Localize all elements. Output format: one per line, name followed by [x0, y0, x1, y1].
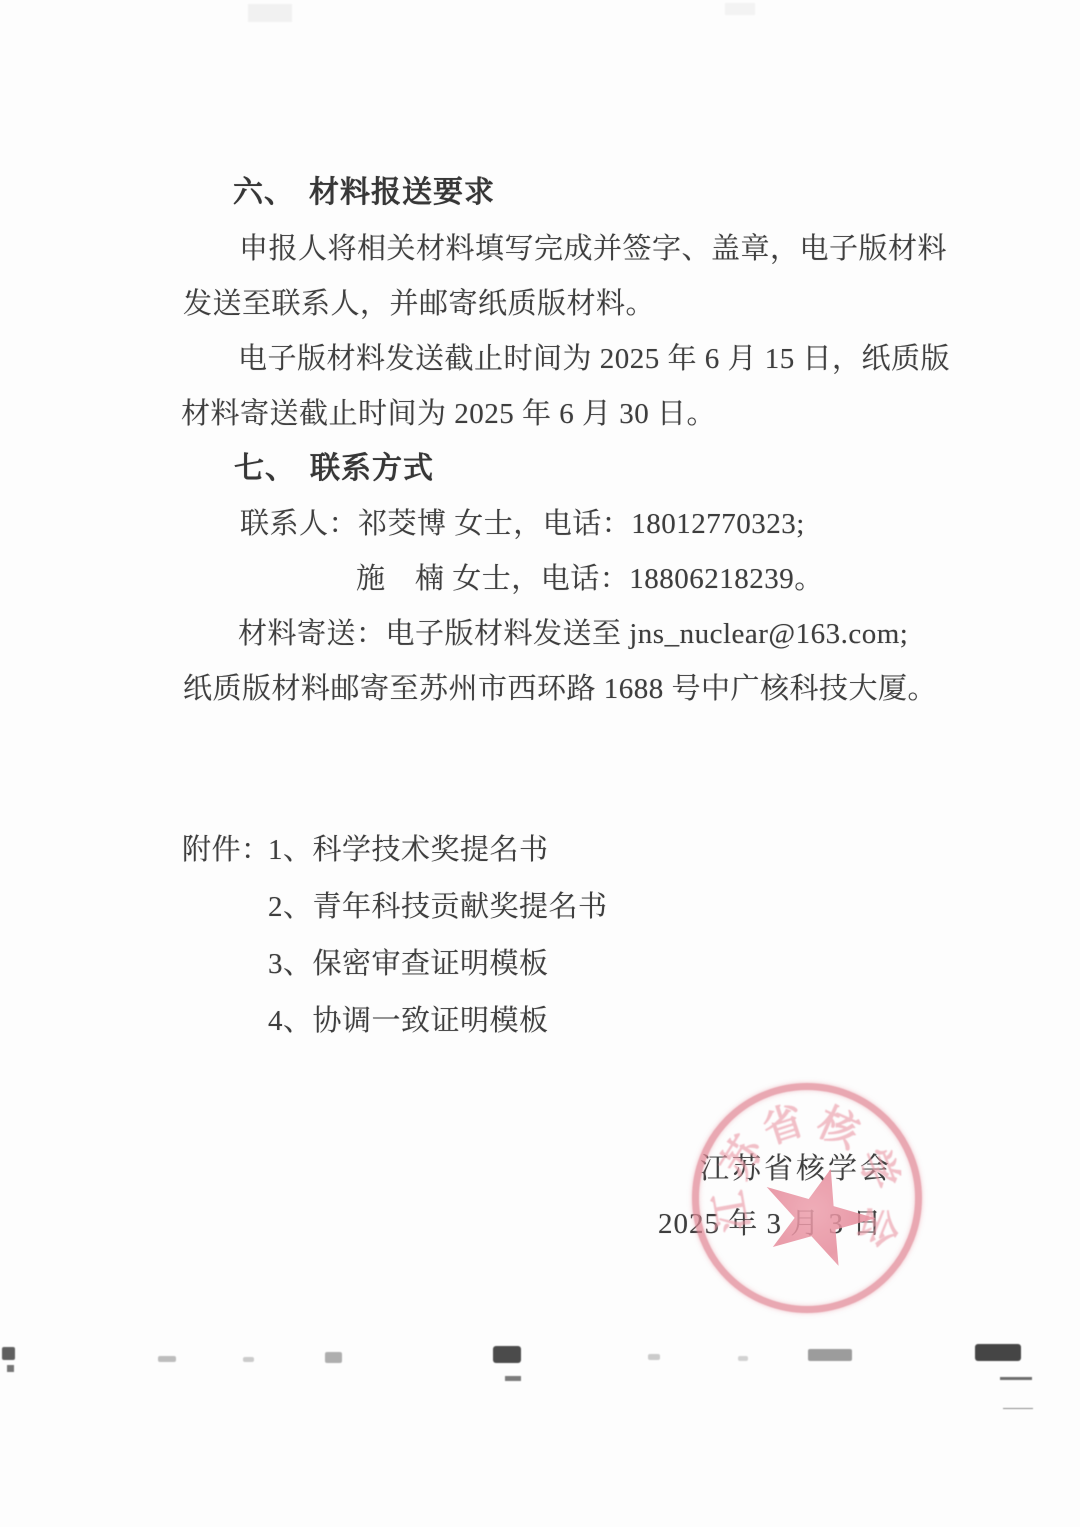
contact-person-line1: 联系人：祁茭博 女士，电话：18012770323;	[240, 507, 805, 541]
attachment-item-3: 3、保密审查证明模板	[268, 947, 549, 981]
seal-char: 核	[810, 1091, 870, 1159]
section-six-title: 材料报送要求	[309, 176, 495, 209]
scan-smudge	[243, 1357, 254, 1362]
scan-smudge	[738, 1356, 748, 1361]
material-mailing-line2: 纸质版材料邮寄至苏州市西环路 1688 号中广核科技大厦。	[183, 672, 937, 706]
contact-person-line2: 施 楠 女士，电话：18806218239。	[356, 562, 824, 596]
section-seven-heading: 七、联系方式	[234, 452, 434, 486]
scan-smudge	[248, 4, 292, 22]
scanned-document-page: 六、材料报送要求 申报人将相关材料填写完成并签字、盖章，电子版材料 发送至联系人…	[0, 0, 1080, 1527]
signature-organization: 江苏省核学会	[700, 1152, 892, 1186]
scan-smudge	[975, 1344, 1021, 1361]
section-six-paragraph1-line2: 发送至联系人，并邮寄纸质版材料。	[183, 287, 655, 321]
attachment-item-4: 4、协调一致证明模板	[268, 1004, 549, 1038]
attachment-item-1: 1、科学技术奖提名书	[268, 833, 549, 867]
section-six-number: 六、	[233, 176, 295, 209]
official-seal-stamp: 江 苏 省 核 学 会	[692, 1083, 922, 1313]
scan-smudge	[158, 1356, 176, 1362]
attachments-label: 附件：	[182, 833, 271, 867]
section-six-paragraph2-line2: 材料寄送截止时间为 2025 年 6 月 30 日。	[181, 397, 716, 431]
section-six-paragraph1-line1: 申报人将相关材料填写完成并签字、盖章，电子版材料	[239, 232, 947, 266]
material-mailing-line1: 材料寄送：电子版材料发送至 jns_nuclear@163.com;	[238, 617, 908, 651]
scan-smudge	[493, 1346, 521, 1363]
scan-smudge	[2, 1347, 15, 1360]
scan-smudge	[325, 1352, 342, 1363]
section-six-heading: 六、材料报送要求	[233, 176, 495, 210]
seal-char: 省	[754, 1089, 810, 1156]
scan-smudge	[725, 3, 755, 15]
section-seven-number: 七、	[234, 452, 296, 485]
seal-ring	[692, 1083, 922, 1313]
section-six-paragraph2-line1: 电子版材料发送截止时间为 2025 年 6 月 15 日，纸质版	[238, 342, 950, 376]
signature-date: 2025 年 3 月 3 日	[658, 1207, 882, 1241]
scan-smudge	[648, 1354, 660, 1360]
scan-smudge	[808, 1349, 852, 1361]
seal-arc-text: 江 苏 省 核 学 会	[692, 1083, 922, 1313]
attachment-item-2: 2、青年科技贡献奖提名书	[268, 890, 608, 924]
section-seven-title: 联系方式	[310, 452, 434, 485]
